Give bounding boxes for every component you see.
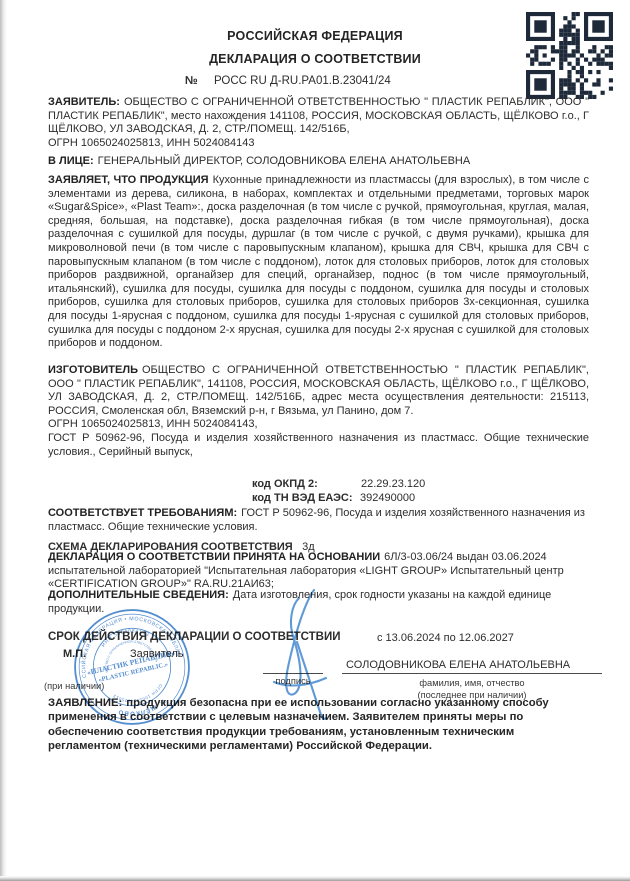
product-text: Кухонные принадлежности из пластмассы (д… [48, 174, 589, 349]
declarant-name: СОЛОДОВНИКОВА ЕЛЕНА АНАТОЛЬЕВНА [346, 659, 570, 673]
tnved-value: 392490000 [360, 492, 415, 506]
name-line [342, 673, 602, 674]
complies-section: СООТВЕТСТВУЕТ ТРЕБОВАНИЯМ:ГОСТ Р 50962-9… [48, 507, 589, 534]
declaration-document: РОССИЙСКАЯ ФЕДЕРАЦИЯ ДЕКЛАРАЦИЯ О СООТВЕ… [0, 0, 630, 881]
product-section: ЗАЯВЛЯЕТ, ЧТО ПРОДУКЦИЯКухонные принадле… [48, 174, 589, 351]
okpd-value: 22.29.23.120 [361, 478, 425, 492]
scan-edge-bottom [0, 876, 630, 881]
handwritten-signature [250, 584, 362, 726]
name-caption-1: фамилия, имя, отчество [342, 678, 602, 688]
basis-label: ДЕКЛАРАЦИЯ О СООТВЕТСТВИИ ПРИНЯТА НА ОСН… [48, 551, 380, 563]
okpd-label: код ОКПД 2: [252, 478, 318, 492]
applicant-label: ЗАЯВИТЕЛЬ: [48, 96, 120, 108]
manufacturer-section: ИЗГОТОВИТЕЛЬОБЩЕСТВО С ОГРАНИЧЕННОЙ ОТВЕ… [48, 364, 589, 459]
applicant-section: ЗАЯВИТЕЛЬ:ОБЩЕСТВО С ОГРАНИЧЕННОЙ ОТВЕТС… [48, 96, 589, 150]
qr-code [526, 12, 613, 99]
manufacturer-label: ИЗГОТОВИТЕЛЬ [48, 364, 138, 376]
scan-edge-left [0, 0, 7, 881]
applicant-text: ОБЩЕСТВО С ОГРАНИЧЕННОЙ ОТВЕТСТВЕННОСТЬЮ… [48, 96, 589, 135]
validity-value: с 13.06.2024 по 12.06.2027 [377, 632, 514, 646]
in-person-label: В ЛИЦЕ: [48, 155, 94, 167]
manufacturer-ogrn: ОГРН 1065024025813, ИНН 5024084143, [48, 418, 589, 432]
product-label: ЗАЯВЛЯЕТ, ЧТО ПРОДУКЦИЯ [48, 174, 209, 186]
in-person-text: ГЕНЕРАЛЬНЫЙ ДИРЕКТОР, СОЛОДОВНИКОВА ЕЛЕН… [98, 155, 471, 167]
additional-label: ДОПОЛНИТЕЛЬНЫЕ СВЕДЕНИЯ: [48, 589, 229, 601]
applicant-ogrn: ОГРН 1065024025813, ИНН 5024084143 [48, 137, 589, 151]
manufacturer-gost: ГОСТ Р 50962-96, Посуда и изделия хозяйс… [48, 432, 589, 459]
complies-label: СООТВЕТСТВУЕТ ТРЕБОВАНИЯМ: [48, 507, 237, 519]
in-person-section: В ЛИЦЕ:ГЕНЕРАЛЬНЫЙ ДИРЕКТОР, СОЛОДОВНИКО… [48, 155, 589, 169]
tnved-label: код ТН ВЭД ЕАЭС: [252, 492, 353, 506]
number-sign: № [185, 75, 198, 87]
declaration-number: РОСС RU Д-RU.РА01.В.23041/24 [214, 75, 391, 87]
